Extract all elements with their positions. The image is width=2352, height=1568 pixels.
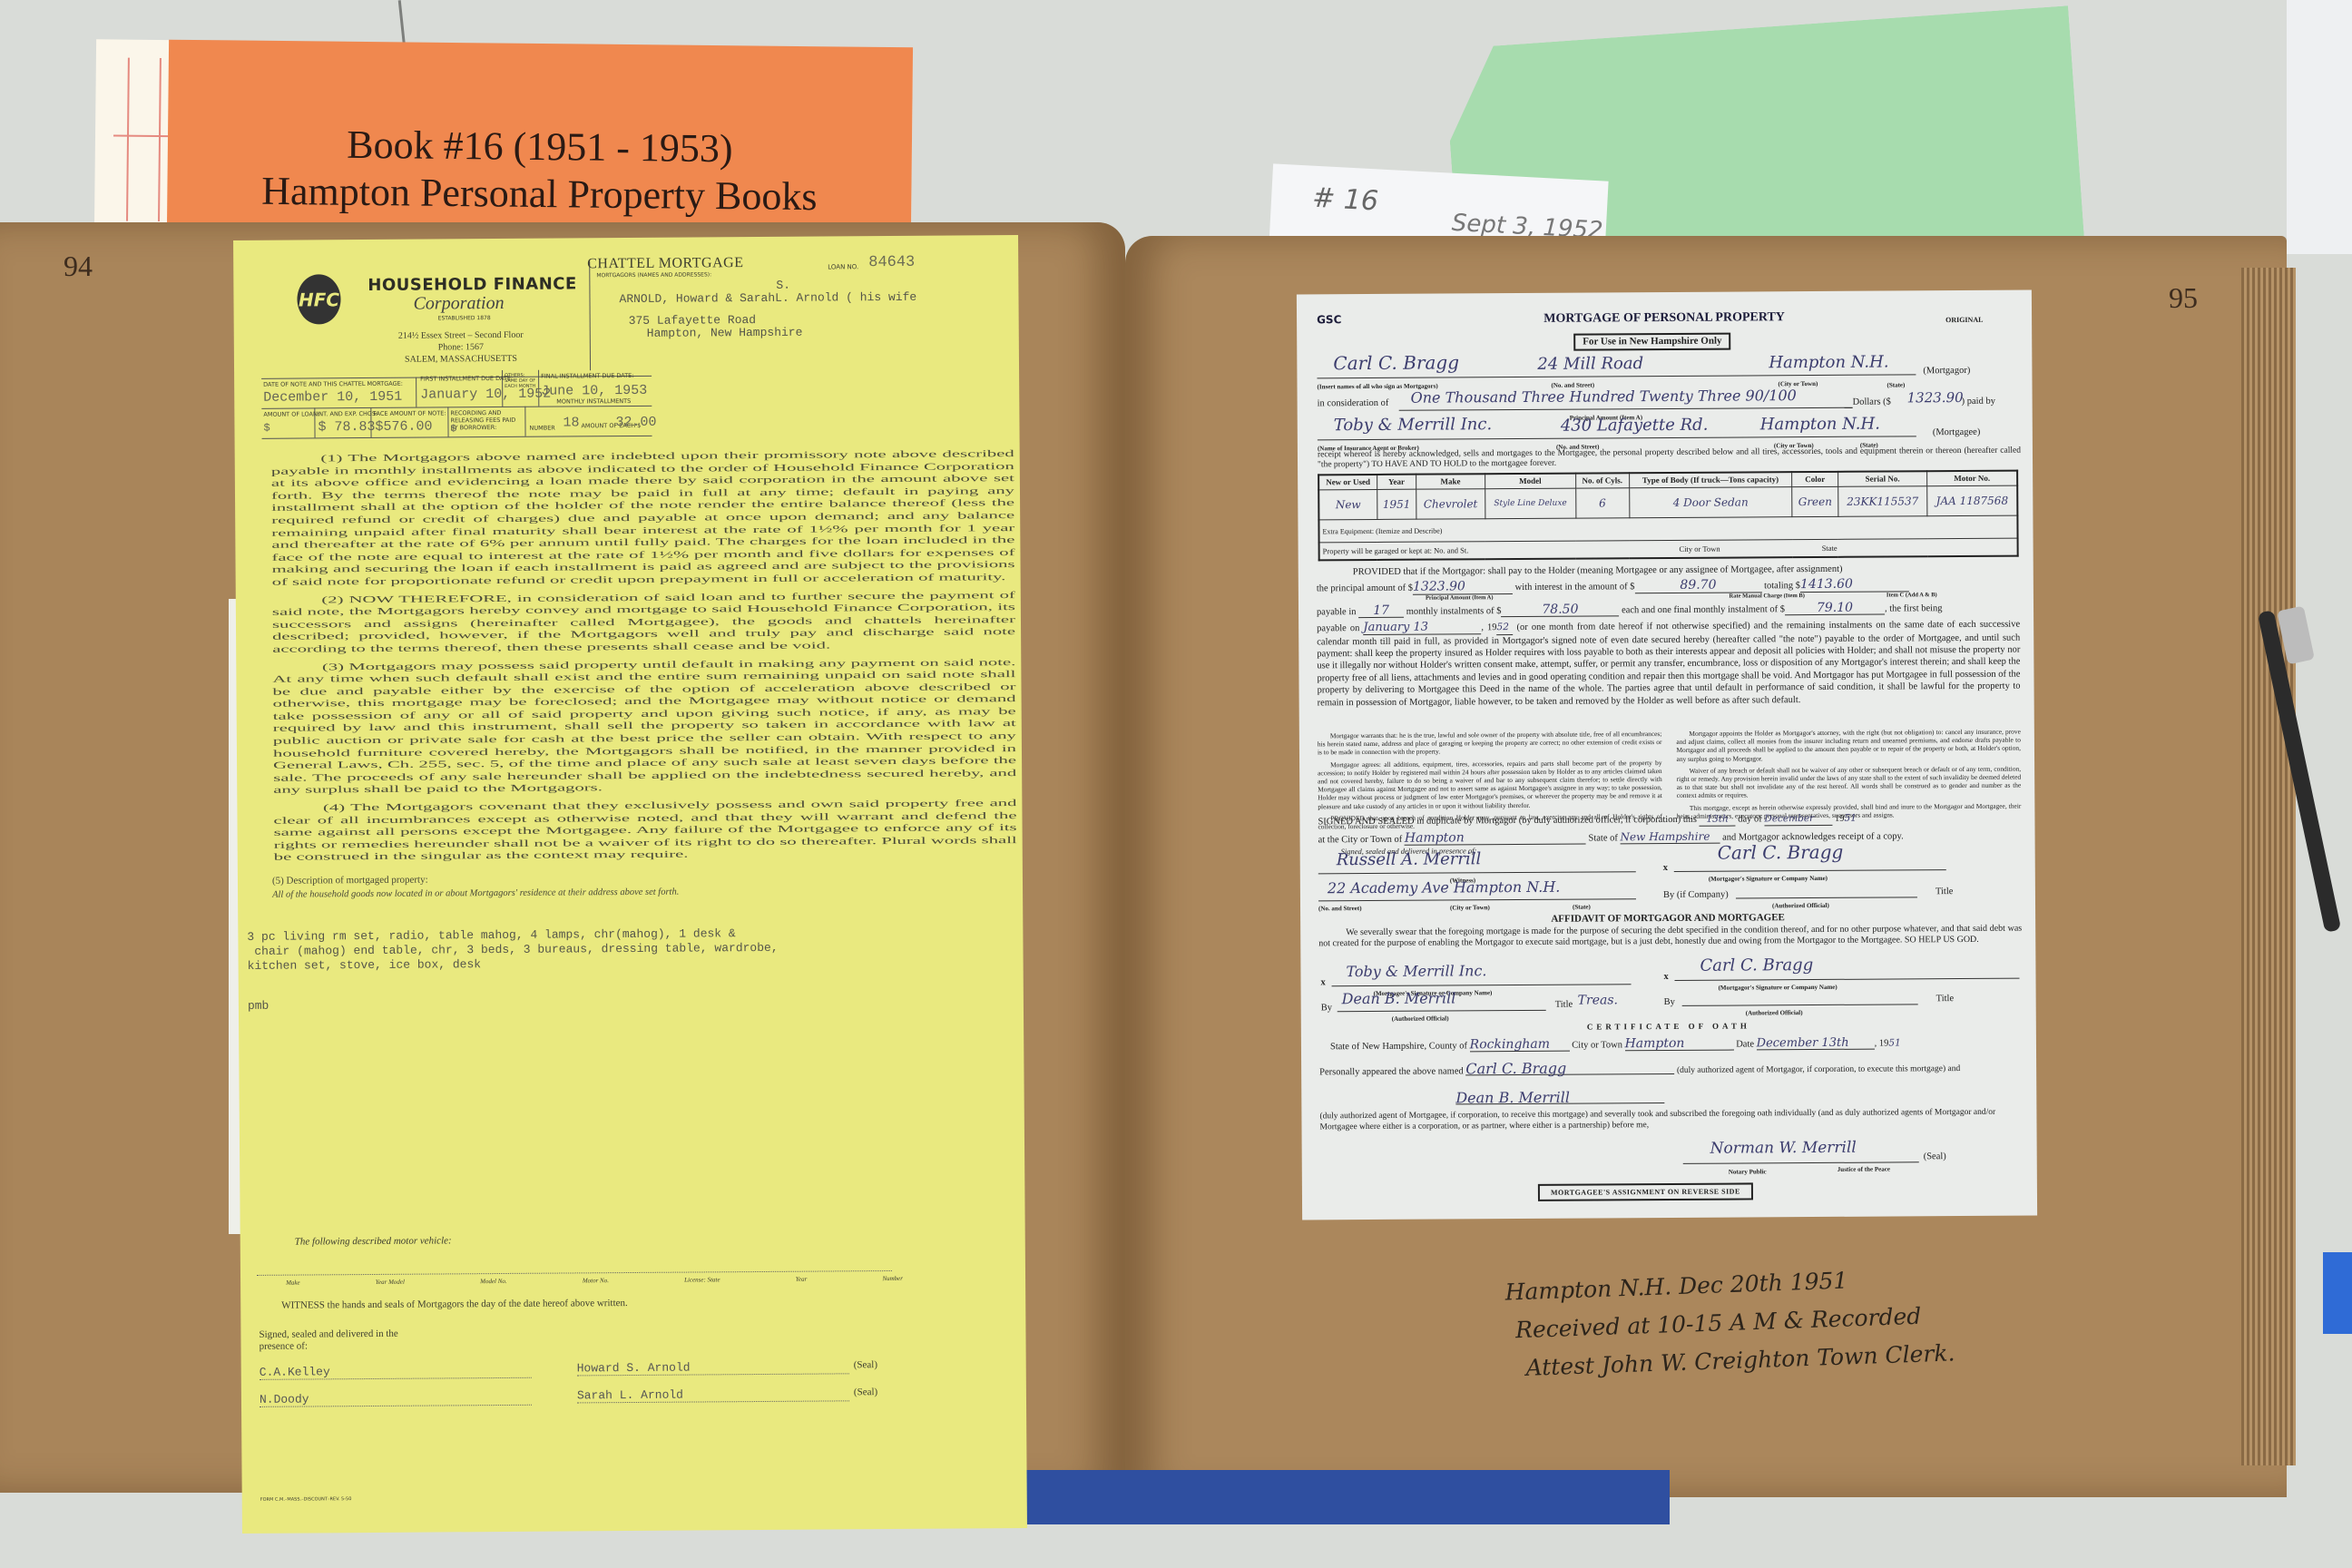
city-label: at the City or Town of — [1318, 835, 1403, 846]
assignment-box: MORTGAGEE'S ASSIGNMENT ON REVERSE SIDE — [1538, 1182, 1753, 1200]
by-label: By — [1321, 1002, 1332, 1014]
signed-city: Hampton — [1405, 832, 1586, 846]
certificate-city: Hampton — [1625, 1038, 1734, 1052]
caption: (Authorized Official) — [1772, 900, 1829, 912]
mortgagee-signature: Toby & Merrill Inc. — [1346, 965, 1486, 977]
garaged-row: Property will be garaged or kept at: No.… — [1319, 538, 2018, 560]
certificate-date: December 13th — [1757, 1037, 1875, 1051]
caption: Notary Public — [1729, 1166, 1767, 1178]
mortgagor-name: Carl C. Bragg — [1333, 357, 1459, 369]
caption: (No. and Street) — [1318, 903, 1362, 915]
authorized-official: Dean B. Merrill — [1342, 992, 1456, 1004]
int-label: INT. AND EXP. CHGS: — [317, 410, 377, 417]
city-label: City or Town — [1679, 544, 1720, 553]
signed-year: 51 — [1844, 813, 1856, 824]
established: ESTABLISHED 1878 — [438, 315, 491, 321]
personal-property-mortgage-form: GSC MORTGAGE OF PERSONAL PROPERTY ORIGIN… — [1297, 290, 2037, 1220]
blue-tape — [2323, 1252, 2352, 1334]
garaged-label: Property will be garaged or kept at: No.… — [1323, 545, 1469, 555]
page-number-right: 95 — [2169, 281, 2198, 315]
scope-box: For Use in New Hampshire Only — [1573, 333, 1730, 351]
amount-label: AMOUNT OF LOAN: — [263, 410, 319, 417]
first-payment-year: 52 — [1496, 622, 1513, 635]
seal-label: (Seal) — [854, 1359, 877, 1370]
description-sub: All of the household goods now located i… — [272, 887, 679, 900]
witness-address: 22 Academy Ave Hampton N.H. — [1328, 881, 1561, 895]
mortgagee-role: (Mortgagee) — [1933, 426, 1981, 438]
col-header: Motor No. — [1927, 471, 2017, 486]
certificate-year: 51 — [1888, 1037, 1900, 1048]
final-due-label: FINAL INSTALLMENT DUE DATE: — [541, 372, 633, 380]
col-header: Year — [1377, 475, 1416, 490]
signed-state: New Hampshire — [1620, 831, 1720, 845]
goods-list: 3 pc living rm set, radio, table mahog, … — [247, 925, 973, 974]
final-due-value: June 10, 1953 — [541, 383, 647, 399]
caption: Rate Manual Charge (Item B) — [1729, 593, 1804, 600]
motor-vehicle-columns: Make Year Model Model No. Motor No. Lice… — [286, 1275, 903, 1287]
mortgagee-city: Hampton N.H. — [1760, 418, 1880, 431]
col-header: Serial No. — [1837, 471, 1926, 486]
cell-new-used: New — [1318, 489, 1377, 519]
face-label: FACE AMOUNT OF NOTE: — [373, 409, 446, 417]
certificate-line3: Dean B. Merrill — [1319, 1089, 2023, 1108]
clause-1: (1) The Mortgagors above named are indeb… — [271, 448, 1015, 589]
mortgagor-signature: Carl C. Bragg — [1718, 847, 1844, 859]
signed-day: 13th — [1700, 814, 1736, 827]
clause-4: (4) The Mortgagors covenant that they ex… — [273, 798, 1016, 865]
col-label: Year Model — [376, 1279, 405, 1286]
appeared-label: Personally appeared the above named — [1319, 1066, 1464, 1077]
cell-serial: 23KK115537 — [1838, 486, 1927, 517]
mortgagee-name: Toby & Merrill Inc. — [1334, 418, 1492, 431]
dollars-label: Dollars ($ — [1853, 396, 1891, 407]
cell-year: 1951 — [1377, 489, 1416, 519]
consideration-amount: 1323.90 — [1907, 392, 1964, 404]
clause-2: (2) NOW THEREFORE, in consideration of s… — [272, 590, 1015, 657]
mortgagors-initial: S. — [776, 279, 790, 292]
date-label: DATE OF NOTE AND THIS CHATTEL MORTGAGE: — [263, 380, 403, 388]
fine-print-para: Mortgagor warrants that: he is the true,… — [1318, 730, 1662, 757]
mortgagor-signature: Carl C. Bragg — [1700, 959, 1813, 972]
face-value: $576.00 — [375, 419, 432, 435]
col-header: Color — [1792, 472, 1838, 487]
col-header: Make — [1416, 474, 1485, 489]
clause-3: (3) Mortgagors may possess said property… — [272, 657, 1016, 798]
by-label: By — [1664, 996, 1675, 1008]
caption: Item C (Add A & B) — [1886, 592, 1937, 598]
copy-label: ORIGINAL — [1945, 314, 1983, 326]
vehicle-table: New or Used Year Make Model No. of Cyls.… — [1318, 470, 2019, 562]
col-label: Number — [882, 1275, 903, 1282]
int-value: $ 78.83 — [318, 419, 375, 435]
provided-intro: PROVIDED that if the Mortgagor: shall pa… — [1317, 563, 2020, 579]
company-name: HOUSEHOLD FINANCE — [367, 274, 577, 295]
consideration-label: in consideration of — [1318, 397, 1389, 409]
first-due-label: FIRST INSTALLMENT DUE DATE: — [420, 375, 513, 383]
company-sub: Corporation — [413, 293, 504, 315]
date-value: December 10, 1951 — [263, 389, 402, 406]
certificate-line1: State of New Hampshire, County of Rockin… — [1319, 1036, 2023, 1053]
fine-print-para: Mortgagor appoints the Holder as Mortgag… — [1676, 728, 2021, 763]
date-label: Date — [1736, 1039, 1754, 1049]
official-title: Treas. — [1578, 995, 1618, 1006]
others-label: OTHERS: SAME DAY OF EACH MONTH — [505, 373, 537, 389]
mortgagors-names: ARNOLD, Howard & SarahL. Arnold ( his wi… — [619, 290, 916, 306]
slip-number: # 16 — [1311, 182, 1379, 218]
mortgagors-city: Hampton, New Hampshire — [647, 326, 803, 340]
number-label: NUMBER — [529, 425, 554, 432]
agent-text: (duly authorized agent of Mortgagor, if … — [1677, 1064, 1960, 1075]
provided-body: payable on January 13, 1952 (or one mont… — [1317, 618, 2021, 710]
mortgagor-signature: Howard S. Arnold — [577, 1359, 849, 1376]
fees-value: $ — [450, 424, 456, 435]
principal-amount: 1323.90 — [1413, 581, 1513, 594]
caption: (Mortgagor's Signature or Company Name) — [1709, 873, 1828, 886]
form-code: FORM C.M.–MASS.–DISCOUNT–REV. 5-50 — [260, 1496, 352, 1503]
col-label: Make — [286, 1279, 300, 1287]
fine-print-para: Mortgagor agrees: all additions, equipme… — [1318, 759, 1662, 811]
seal-label: (Seal) — [854, 1387, 877, 1397]
col-label: Model No. — [480, 1278, 507, 1285]
title-label: Title — [1935, 886, 1954, 897]
signed-text: SIGNED AND SEALED in duplicate by Mortga… — [1318, 815, 1697, 828]
seal-label: (Seal) — [1924, 1151, 1946, 1162]
certificate-mortgagor: Carl C. Bragg — [1465, 1062, 1674, 1075]
caption: (State) — [1886, 379, 1905, 391]
form-title: CHATTEL MORTGAGE — [587, 255, 743, 272]
cell-color: Green — [1792, 486, 1838, 516]
col-label: Motor No. — [583, 1277, 609, 1284]
witness-signature: Russell A. Merrill — [1337, 853, 1482, 866]
interest-amount: 89.70 — [1634, 580, 1761, 593]
city-label: City or Town — [1572, 1040, 1622, 1050]
motor-vehicle-heading: The following described motor vehicle: — [295, 1235, 452, 1247]
paid-by-label: ) paid by — [1962, 396, 1995, 407]
fees-label: RECORDING AND RELEASING FEES PAID BY BOR… — [450, 409, 523, 432]
loose-papers — [2287, 0, 2352, 254]
col-header: Type of Body (If truck—Tons capacity) — [1629, 472, 1792, 488]
cell-make: Chevrolet — [1416, 489, 1485, 519]
col-header: No. of Cyls. — [1575, 473, 1629, 488]
caption: (Mortgagor's Signature or Company Name) — [1719, 982, 1837, 995]
state-label: State — [1822, 543, 1837, 552]
cell-body: 4 Door Sedan — [1629, 487, 1792, 518]
county: Rockingham — [1470, 1039, 1570, 1053]
page-number-left: 94 — [64, 250, 93, 283]
fine-print-para: Waiver of any breach or default shall no… — [1677, 764, 2022, 799]
mortgagor-signature: Sarah L. Arnold — [577, 1387, 849, 1403]
cell-model: Style Line Deluxe — [1485, 488, 1576, 519]
num-installments: 17 — [1358, 605, 1404, 619]
col-label: License: State — [684, 1276, 720, 1283]
affidavit-text: We severally swear that the foregoing mo… — [1318, 924, 2022, 950]
certificate-mortgagee: Dean B. Merrill — [1455, 1091, 1664, 1104]
caption: (City or Town) — [1450, 902, 1490, 914]
final-installment: 79.10 — [1785, 602, 1885, 615]
hfc-logo-icon: HFC — [297, 274, 340, 324]
witness-signature: C.A.Kelley — [260, 1364, 532, 1380]
justice-signature: Norman W. Merrill — [1710, 1142, 1857, 1155]
title-label: Title — [1936, 993, 1955, 1004]
col-header: Model — [1485, 474, 1575, 489]
company-address: 214½ Essex Street – Second Floor Phone: … — [370, 329, 552, 366]
binder-label-line1: Book #16 (1951 - 1953) — [347, 122, 733, 172]
first-payment-date: January 13 — [1363, 621, 1481, 634]
mortgagor-street: 24 Mill Road — [1537, 358, 1643, 370]
cell-cyls: 6 — [1575, 488, 1629, 518]
signed-month: December — [1764, 813, 1832, 826]
installments-line: payable in 17 monthly instalments of $78… — [1317, 601, 2020, 618]
consideration-words: One Thousand Three Hundred Twenty Three … — [1411, 389, 1797, 404]
loan-no: 84643 — [868, 254, 915, 271]
caption: Justice of the Peace — [1837, 1164, 1890, 1176]
col-label: Year — [796, 1276, 808, 1283]
witness-signature: N.Doody — [260, 1391, 532, 1407]
form-title: MORTGAGE OF PERSONAL PROPERTY — [1297, 310, 2032, 327]
chattel-clauses: (1) The Mortgagors above named are indeb… — [271, 448, 1017, 870]
mortgagee-street: 430 Lafayette Rd. — [1561, 419, 1709, 432]
state-text: State of New Hampshire, County of — [1330, 1041, 1467, 1052]
x-mark: x — [1320, 976, 1325, 988]
provided-clause: PROVIDED that if the Mortgagor: shall pa… — [1317, 563, 2021, 710]
signed-text: Signed, sealed and delivered in the pres… — [259, 1328, 413, 1353]
witness-text: WITNESS the hands and seals of Mortgagor… — [281, 1298, 628, 1311]
mortgagor-role: (Mortgagor) — [1923, 365, 1970, 377]
col-header: New or Used — [1318, 475, 1377, 490]
cell-motor: JAA 1187568 — [1927, 485, 2018, 516]
address-line: SALEM, MASSACHUSETTS — [370, 353, 552, 366]
certificate-line2: Personally appeared the above named Carl… — [1319, 1060, 2023, 1080]
caption: Principal Amount (Item A) — [1426, 594, 1494, 601]
mortgagors-label: MORTGAGORS (NAMES AND ADDRESSES): — [596, 271, 711, 279]
typist-initials: pmb — [248, 999, 269, 1013]
by-company-label: By (if Company) — [1663, 889, 1729, 901]
x-mark: x — [1663, 971, 1668, 983]
installment-amount: 78.50 — [1501, 603, 1619, 617]
title-label: Title — [1555, 999, 1573, 1011]
monthly-label: MONTHLY INSTALLMENTS — [556, 397, 631, 406]
mortgagor-city: Hampton N.H. — [1769, 356, 1888, 368]
loan-no-label: LOAN NO. — [828, 263, 858, 270]
table-row: New 1951 Chevrolet Style Line Deluxe 6 4… — [1318, 485, 2017, 520]
each-value: 32.00 — [615, 415, 656, 430]
x-mark: x — [1663, 862, 1668, 874]
binder-label: Book #16 (1951 - 1953) Hampton Personal … — [167, 40, 913, 239]
amount-value: $ — [263, 422, 269, 435]
total-amount: 1413.60 — [1800, 579, 1909, 593]
chattel-mortgage-form: HFC HOUSEHOLD FINANCE Corporation ESTABL… — [233, 235, 1027, 1534]
number-value: 18 — [563, 415, 579, 430]
recording-note: Hampton N.H. Dec 20th 1951 Received at 1… — [1504, 1258, 1955, 1387]
day-of-label: day of — [1738, 814, 1762, 824]
caption: (State) — [1573, 902, 1591, 914]
agent-text-2: (duly authorized agent of Mortgagee, if … — [1319, 1107, 2023, 1133]
page-edges — [2241, 268, 2296, 1465]
receipt-text: receipt whereof is hereby acknowledged, … — [1318, 446, 2021, 471]
state-label: State of — [1588, 833, 1617, 843]
description-heading: (5) Description of mortgaged property: — [272, 875, 428, 887]
caption: (Authorized Official) — [1746, 1007, 1803, 1019]
